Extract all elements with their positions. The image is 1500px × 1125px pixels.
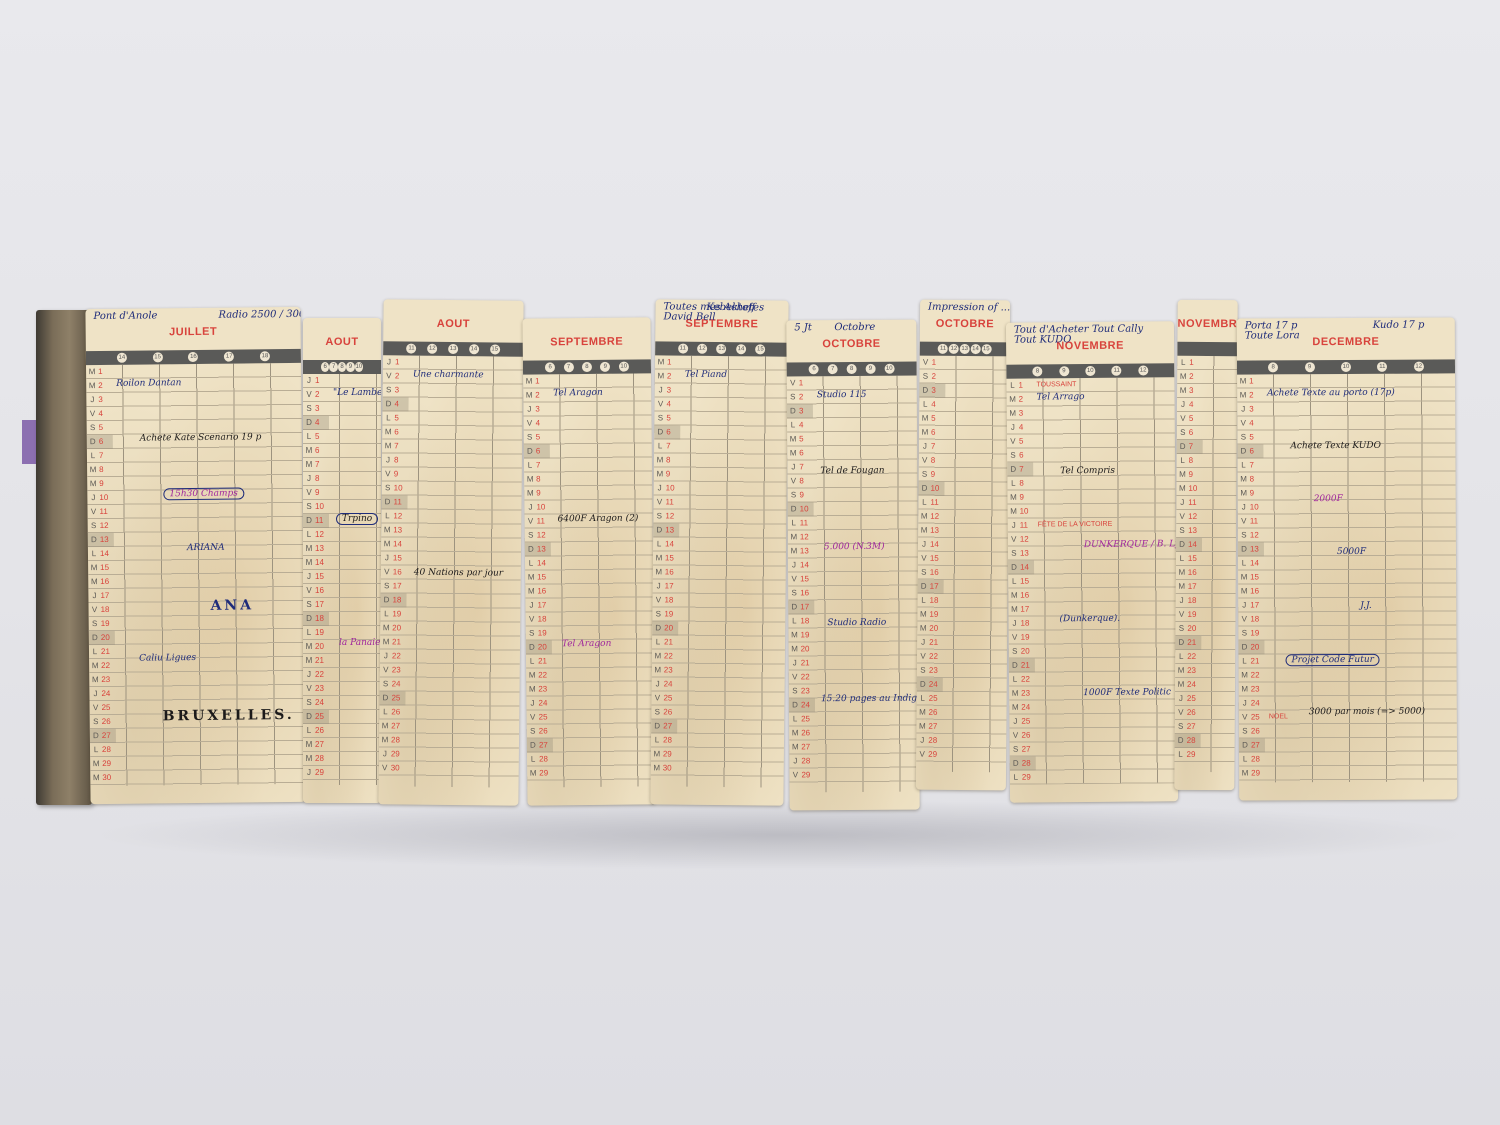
day-row: L7 — [87, 449, 113, 463]
handwritten-note: J.J. — [1360, 600, 1372, 610]
hour-marker: 8 — [582, 362, 592, 372]
day-row: V5 — [1007, 435, 1033, 449]
day-row: S2 — [787, 390, 813, 404]
day-row: V12 — [1008, 533, 1034, 547]
day-row: M16 — [653, 565, 679, 579]
day-row: D14 — [1008, 561, 1034, 575]
day-row: D14 — [1176, 538, 1202, 552]
day-row: L4 — [919, 398, 945, 412]
handwritten-note: Tel Arrago — [1037, 392, 1085, 402]
day-row: M9 — [1176, 468, 1202, 482]
day-row: J21 — [917, 636, 943, 650]
day-row: S20 — [1009, 645, 1035, 659]
agenda-panel-octobre: OCTOBRE1112131415V1S2D3L4M5M6J7V8S9D10L1… — [916, 300, 1010, 791]
day-row: V11 — [653, 495, 679, 509]
hour-marker: 7 — [329, 362, 337, 372]
day-row: V1 — [787, 376, 813, 390]
day-row: M17 — [1008, 603, 1034, 617]
day-row: L5 — [382, 411, 408, 425]
day-row: S9 — [919, 468, 945, 482]
day-row: M14 — [303, 556, 329, 570]
day-row: M2 — [1177, 370, 1203, 384]
hour-marker: 12 — [427, 344, 437, 354]
day-row: D21 — [1175, 636, 1201, 650]
holiday-label: FÊTE DE LA VICTOIRE — [1038, 521, 1113, 529]
day-row: L21 — [1238, 654, 1264, 668]
hour-marker: 10 — [1085, 366, 1095, 376]
day-row: J10 — [524, 500, 550, 514]
day-row: V18 — [88, 603, 114, 617]
day-row: M1 — [1237, 374, 1263, 388]
day-row: S23 — [789, 684, 815, 698]
day-row: M23 — [89, 673, 115, 687]
hour-marker: 8 — [1268, 362, 1278, 372]
hour-marker: 7 — [828, 364, 838, 374]
handwritten-note: Caliu Ligues — [139, 653, 196, 664]
day-row: V19 — [1009, 631, 1035, 645]
holiday-label: NOEL — [1269, 713, 1288, 720]
handwritten-note: Tel Aragon — [553, 388, 603, 399]
day-row: M23 — [1175, 664, 1201, 678]
day-column: M1M2J3V4S5D6L7M8M9J10V11S12D13L14M15M16J… — [86, 365, 116, 786]
day-row: M5 — [787, 432, 813, 446]
holiday-label: TOUSSAINT — [1036, 381, 1076, 388]
day-row: J17 — [88, 589, 114, 603]
day-row: S5 — [654, 411, 680, 425]
header-note: Kudo 17 p — [1373, 320, 1425, 331]
day-row: J15 — [303, 570, 329, 584]
day-row: S19 — [1238, 626, 1264, 640]
day-row: V8 — [787, 474, 813, 488]
handwritten-note: 6400F Aragon (2) — [558, 513, 639, 524]
handwritten-note: 5.000 (N.3M) — [824, 542, 885, 552]
day-row: J3 — [523, 402, 549, 416]
hour-marker: 8 — [338, 362, 346, 372]
day-row: D24 — [917, 678, 943, 692]
day-row: M20 — [303, 640, 329, 654]
day-row: L29 — [1174, 748, 1200, 762]
day-row: S24 — [380, 677, 406, 691]
day-row: M21 — [380, 635, 406, 649]
day-row: L25 — [917, 692, 943, 706]
day-row: V12 — [1176, 510, 1202, 524]
day-row: V25 — [90, 701, 116, 715]
day-row: S9 — [787, 488, 813, 502]
month-title: SEPTEMBRE — [523, 335, 651, 348]
day-row: M23 — [526, 682, 552, 696]
day-row: V16 — [381, 565, 407, 579]
day-row: L21 — [89, 645, 115, 659]
day-row: S13 — [1008, 547, 1034, 561]
day-row: J4 — [1007, 421, 1033, 435]
day-row: D4 — [382, 397, 408, 411]
day-row: S12 — [88, 519, 114, 533]
day-row: S27 — [1010, 742, 1036, 756]
day-column: M1M2J3V4S5D6L7M8M9J10V11S12D13L14M15M16J… — [523, 374, 553, 787]
hour-marker: 11 — [938, 344, 948, 354]
agenda-panel-aout: AOUT1112131415J1V2S3D4L5M6M7J8V9S10D11L1… — [378, 299, 523, 805]
day-row: D24 — [789, 698, 815, 712]
hour-marker: 10 — [355, 362, 363, 372]
day-row: L1 — [1177, 356, 1203, 370]
day-row: J8 — [303, 472, 329, 486]
handwritten-note: Projet Code Futur — [1285, 654, 1379, 666]
day-column: V1S2D3L4M5M6J7V8S9D10L11M12M13J14V15S16D… — [787, 376, 816, 792]
day-row: M23 — [1009, 687, 1035, 701]
hour-markers — [1177, 342, 1237, 356]
day-row: M20 — [380, 621, 406, 635]
day-row: L11 — [788, 516, 814, 530]
hour-marker: 12 — [697, 344, 707, 354]
day-row: M22 — [1239, 668, 1265, 682]
day-row: S13 — [1176, 524, 1202, 538]
day-row: D3 — [787, 404, 813, 418]
day-row: J22 — [380, 649, 406, 663]
agenda-panel-septembre: SEPTEMBRE678910M1M2J3V4S5D6L7M8M9J10V11S… — [522, 317, 655, 805]
day-row: L25 — [789, 712, 815, 726]
handwritten-note: 1000F Texte Politic — [1083, 687, 1171, 698]
day-row: M24 — [1009, 701, 1035, 715]
day-row: J14 — [918, 538, 944, 552]
day-row: V16 — [303, 584, 329, 598]
hour-markers: 1112131415 — [383, 341, 523, 356]
day-row: L15 — [1176, 552, 1202, 566]
hour-marker: 15 — [755, 344, 765, 354]
day-row: J18 — [1008, 617, 1034, 631]
day-row: V4 — [654, 397, 680, 411]
day-row: M9 — [87, 477, 113, 491]
day-row: V18 — [652, 593, 678, 607]
day-row: L5 — [303, 430, 329, 444]
day-row: M29 — [1239, 766, 1265, 780]
hour-marker: 6 — [809, 364, 819, 374]
hour-markers: 678910 — [523, 359, 651, 374]
day-row: M26 — [916, 706, 942, 720]
day-row: M17 — [1176, 580, 1202, 594]
day-row: M19 — [917, 608, 943, 622]
day-row: J28 — [789, 754, 815, 768]
handwritten-note: la Panaie / Veldelhuye — [339, 638, 381, 648]
day-row: S17 — [381, 579, 407, 593]
handwritten-note: Roilon Dantan — [116, 378, 181, 389]
day-row: V1 — [920, 356, 946, 370]
day-row: J22 — [303, 668, 329, 682]
day-row: V9 — [382, 467, 408, 481]
day-row: L26 — [303, 724, 329, 738]
day-row: M8 — [1238, 472, 1264, 486]
handwritten-note: Achete Texte au porto (17p) — [1267, 388, 1395, 399]
day-row: M9 — [524, 486, 550, 500]
day-row: S23 — [917, 664, 943, 678]
day-row: M13 — [303, 542, 329, 556]
hour-marker: 11 — [406, 344, 416, 354]
day-row: J28 — [916, 734, 942, 748]
day-row: S10 — [303, 500, 329, 514]
day-row: M15 — [88, 561, 114, 575]
month-title: NOVEMBRE — [1178, 318, 1238, 330]
agenda-panel-juillet: JUILLET1415161718M1M2J3V4S5D6L7M8M9J10V1… — [85, 307, 305, 804]
day-row: D20 — [652, 621, 678, 635]
day-row: M6 — [919, 426, 945, 440]
header-note: Radio 2500 / 300 / 2800 — [218, 308, 305, 320]
day-row: S26 — [651, 705, 677, 719]
day-row: L4 — [787, 418, 813, 432]
day-row: D6 — [1237, 444, 1263, 458]
day-row: D13 — [525, 542, 551, 556]
day-row: M12 — [918, 510, 944, 524]
day-row: J25 — [1009, 715, 1035, 729]
day-row: V11 — [525, 514, 551, 528]
day-column: L1M2M3J4V5S6D7L8M9M10J11V12S13D14L15M16M… — [1006, 379, 1036, 785]
day-row: D28 — [1175, 734, 1201, 748]
day-row: S17 — [303, 598, 329, 612]
header-note: Impression of ... — [928, 302, 1010, 314]
day-row: V4 — [1237, 416, 1263, 430]
day-row: M16 — [1238, 584, 1264, 598]
day-row: M10 — [1176, 482, 1202, 496]
day-row: D27 — [1239, 738, 1265, 752]
header-note: Pont d'Anole — [93, 310, 157, 322]
day-row: D28 — [1010, 756, 1036, 770]
day-row: V26 — [1175, 706, 1201, 720]
day-row: M16 — [1176, 566, 1202, 580]
day-row: S26 — [90, 715, 116, 729]
day-row: D3 — [919, 384, 945, 398]
day-row: V2 — [303, 388, 329, 402]
day-row: M28 — [303, 752, 329, 766]
day-row: J25 — [1175, 692, 1201, 706]
day-row: M2 — [1007, 393, 1033, 407]
day-row: S2 — [919, 370, 945, 384]
header-note: Octobre — [834, 322, 875, 333]
day-row: D20 — [1238, 640, 1264, 654]
day-row: L19 — [303, 626, 329, 640]
day-row: S12 — [653, 509, 679, 523]
day-row: V22 — [917, 650, 943, 664]
day-row: L22 — [1175, 650, 1201, 664]
day-row: J10 — [87, 491, 113, 505]
day-row: L29 — [1010, 770, 1036, 784]
day-row: J10 — [1238, 500, 1264, 514]
day-row: M8 — [524, 472, 550, 486]
day-row: J24 — [89, 687, 115, 701]
day-row: M16 — [1008, 589, 1034, 603]
day-row: J7 — [787, 460, 813, 474]
day-row: J11 — [1176, 496, 1202, 510]
day-row: L19 — [380, 607, 406, 621]
day-row: M22 — [652, 649, 678, 663]
day-row: S10 — [382, 481, 408, 495]
day-row: J24 — [652, 677, 678, 691]
handwritten-note: Tel Aragon — [562, 639, 612, 650]
day-row: M13 — [788, 544, 814, 558]
day-row: J24 — [1239, 696, 1265, 710]
handwritten-note: Une charmante — [413, 370, 484, 381]
day-row: D7 — [1177, 440, 1203, 454]
day-row: D6 — [654, 425, 680, 439]
day-row: D27 — [527, 738, 553, 752]
agenda-panel-septembre: SEPTEMBRE1112131415M1M2J3V4S5D6L7M8M9J10… — [650, 299, 788, 805]
day-row: M10 — [1007, 505, 1033, 519]
day-row: L7 — [654, 439, 680, 453]
hour-markers: 89101112 — [1237, 359, 1455, 374]
day-row: M30 — [651, 761, 677, 775]
day-row: V22 — [789, 670, 815, 684]
hour-marker: 11 — [1377, 362, 1387, 372]
day-row: J18 — [1176, 594, 1202, 608]
day-row: J7 — [919, 440, 945, 454]
day-row: M15 — [525, 570, 551, 584]
hour-marker: 6 — [321, 362, 329, 372]
day-row: L22 — [1009, 673, 1035, 687]
month-title: AOUT — [303, 336, 381, 348]
handwritten-note: Studio 115 — [817, 390, 867, 400]
day-row: S3 — [383, 383, 409, 397]
day-row: V25 — [651, 691, 677, 705]
day-row: D20 — [89, 631, 115, 645]
day-row: L1 — [1006, 379, 1032, 393]
day-row: J11 — [1008, 519, 1034, 533]
day-row: D17 — [918, 580, 944, 594]
day-row: M29 — [90, 757, 116, 771]
hour-marker: 15 — [981, 344, 991, 354]
hour-marker: 14 — [469, 344, 479, 354]
day-row: D25 — [303, 710, 329, 724]
day-row: M24 — [1175, 678, 1201, 692]
hour-marker: 6 — [545, 362, 555, 372]
day-row: L26 — [379, 705, 405, 719]
day-column: J1V2S3D4L5M6M7J8V9S10D11L12M13M14J15V16S… — [379, 355, 410, 786]
day-row: S26 — [1239, 724, 1265, 738]
day-row: S12 — [525, 528, 551, 542]
hour-marker: 9 — [1305, 362, 1315, 372]
day-row: M27 — [916, 720, 942, 734]
agenda-panel-aout: AOUT678910J1V2S3D4L5M6M7J8V9S10D11L12M13… — [303, 318, 381, 803]
day-row: V15 — [788, 572, 814, 586]
agenda-panel-decembre: DECEMBRE89101112M1M2J3V4S5D6L7M8M9J10V11… — [1237, 317, 1458, 800]
header-note: Tout Cally — [1092, 324, 1143, 335]
day-row: M20 — [789, 642, 815, 656]
hour-marker: 14 — [970, 344, 980, 354]
day-row: L28 — [1239, 752, 1265, 766]
day-row: M28 — [379, 733, 405, 747]
day-row: D10 — [788, 502, 814, 516]
day-row: S19 — [526, 626, 552, 640]
handwritten-note: ARIANA — [187, 543, 225, 553]
day-row: M9 — [1007, 491, 1033, 505]
day-row: V29 — [789, 768, 815, 782]
day-row: M2 — [86, 379, 112, 393]
day-row: V11 — [1238, 514, 1264, 528]
hour-marker: 7 — [563, 362, 573, 372]
day-row: D13 — [1238, 542, 1264, 556]
handwritten-note: (Dunkerque). — [1059, 614, 1120, 625]
day-row: S6 — [1007, 449, 1033, 463]
hour-marker: 16 — [188, 352, 198, 362]
day-row: S5 — [87, 421, 113, 435]
hour-marker: 14 — [736, 344, 746, 354]
handwritten-note: 3000 par mois (=> 5000) — [1309, 706, 1425, 717]
day-row: M1 — [655, 355, 681, 369]
day-row: S27 — [1175, 720, 1201, 734]
day-row: M15 — [1238, 570, 1264, 584]
day-column: L1M2M3J4V5S6D7L8M9M10J11V12S13D14L15M16M… — [1174, 356, 1203, 772]
day-column: V1S2D3L4M5M6J7V8S9D10L11M12M13J14V15S16D… — [916, 356, 946, 772]
day-row: M27 — [379, 719, 405, 733]
day-row: M14 — [381, 537, 407, 551]
hour-marker: 14 — [117, 353, 127, 363]
handwritten-note: 40 Nations par jour — [414, 567, 503, 578]
day-row: M3 — [1177, 384, 1203, 398]
day-row: S3 — [303, 402, 329, 416]
day-grid — [1237, 373, 1457, 782]
day-row: J10 — [654, 481, 680, 495]
day-row: D21 — [1009, 659, 1035, 673]
day-row: M5 — [919, 412, 945, 426]
day-row: J3 — [1237, 402, 1263, 416]
day-row: J8 — [382, 453, 408, 467]
day-row: J21 — [789, 656, 815, 670]
hour-marker: 15 — [153, 352, 163, 362]
day-row: V26 — [1009, 728, 1035, 742]
day-row: D11 — [303, 514, 329, 528]
day-row: J24 — [526, 696, 552, 710]
day-row: M9 — [1238, 486, 1264, 500]
agenda-panel-novembre: NOVEMBREL1M2M3J4V5S6D7L8M9M10J11V12S13D1… — [1174, 300, 1237, 790]
handwritten-note: Achete Kate Scenario 19 p — [140, 432, 262, 443]
day-row: M6 — [382, 425, 408, 439]
day-row: V23 — [380, 663, 406, 677]
hour-marker: 11 — [678, 344, 688, 354]
month-title: OCTOBRE — [920, 318, 1010, 331]
day-row: M21 — [303, 654, 329, 668]
day-row: L28 — [651, 733, 677, 747]
day-row: J4 — [1177, 398, 1203, 412]
day-row: J17 — [1238, 598, 1264, 612]
day-row: V30 — [379, 761, 405, 775]
day-row: S19 — [652, 607, 678, 621]
handwritten-note: 2000F — [1314, 494, 1343, 504]
day-row: L21 — [526, 654, 552, 668]
day-row: J17 — [653, 579, 679, 593]
day-row: J17 — [525, 598, 551, 612]
day-row: L21 — [652, 635, 678, 649]
day-row: L15 — [1008, 575, 1034, 589]
handwritten-note: Tel Compris — [1060, 466, 1115, 476]
handwritten-note: Achete Texte KUDO — [1290, 441, 1381, 451]
day-row: M1 — [86, 365, 112, 379]
handwritten-note: Tel Piand — [685, 370, 727, 380]
agenda-cover — [36, 310, 92, 805]
day-row: M26 — [789, 726, 815, 740]
day-row: D4 — [303, 416, 329, 430]
day-row: V18 — [526, 612, 552, 626]
header-note: David Bell — [663, 311, 715, 323]
day-row: M3 — [1007, 407, 1033, 421]
day-row: L18 — [917, 594, 943, 608]
day-row: M29 — [527, 766, 553, 780]
day-row: D17 — [788, 600, 814, 614]
day-column: M1M2J3V4S5D6L7M8M9J10V11S12D13L14M15M16J… — [1237, 374, 1265, 782]
month-title: OCTOBRE — [786, 338, 916, 351]
day-row: V15 — [918, 552, 944, 566]
day-row: S24 — [303, 696, 329, 710]
handwritten-note: DUNKERQUE / B. Lyle / J. Plagnol — [1084, 539, 1178, 550]
day-row: L14 — [653, 537, 679, 551]
header-note: Toute Lora — [1245, 330, 1300, 341]
day-row: M6 — [787, 446, 813, 460]
day-row: L12 — [381, 509, 407, 523]
